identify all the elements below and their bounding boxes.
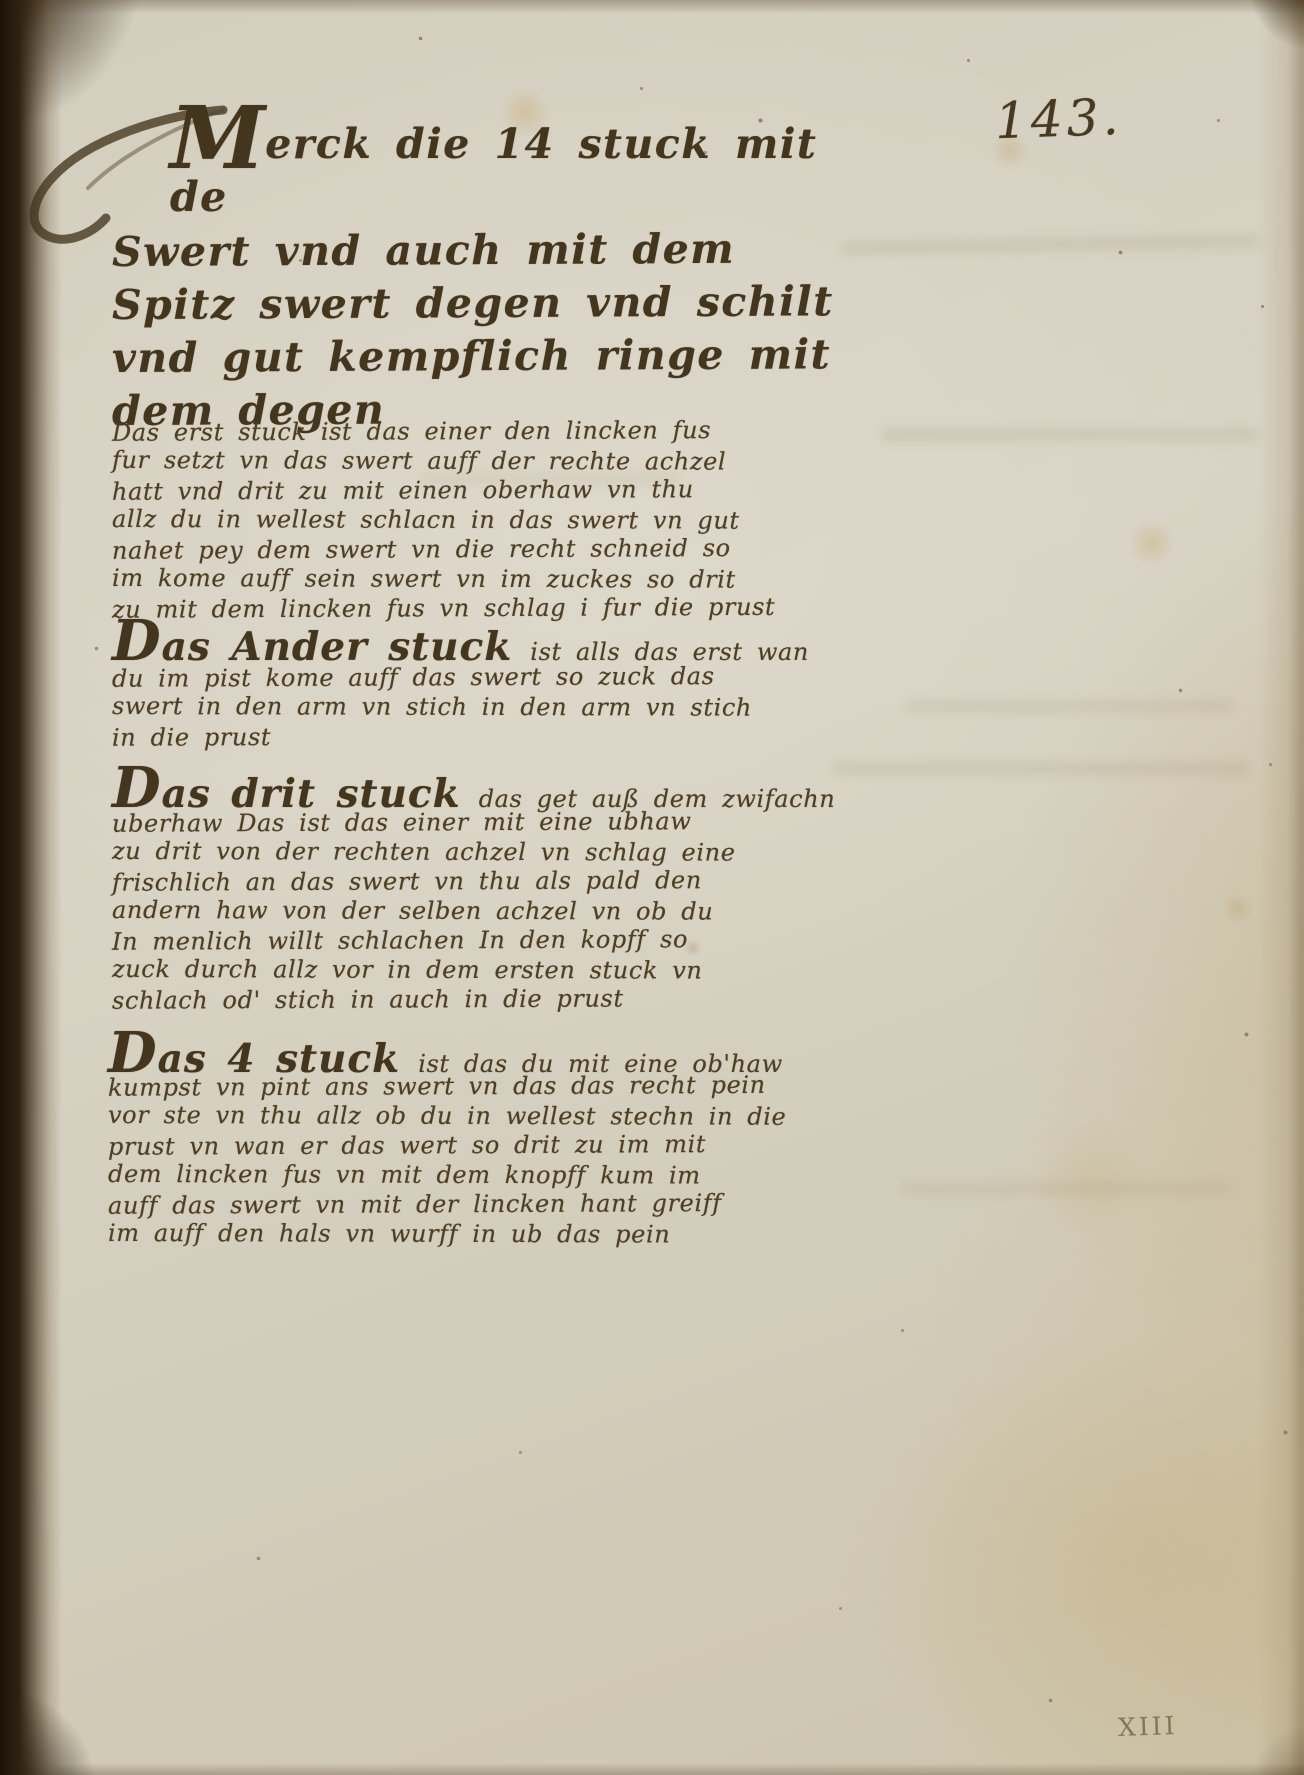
heading-line: Swert vnd auch mit dem [112,222,892,279]
text-line: fur setzt vn das swert auff der rechte a… [112,445,902,477]
text-line: zu drit von der rechten achzel vn schlag… [112,836,902,868]
quire-mark: XIII [1118,1711,1178,1742]
bleed-through-mark [840,234,1260,254]
text-line: dem lincken fus vn mit dem knopff kum im [108,1159,898,1191]
text-line: schlach od' stich in auch in die prust [112,983,902,1016]
text-line: In menlich willt schlachen In den kopff … [112,924,902,957]
text-line: kumpst vn pint ans swert vn das das rech… [108,1070,898,1103]
text-line: prust vn wan er das wert so drit zu im m… [108,1129,898,1162]
section-das-4-stuck: kumpst vn pint ans swert vn das das rech… [108,1072,898,1249]
text-line: vor ste vn thu allz ob du in wellest ste… [108,1100,898,1132]
heading-line-text: erck die 14 stuck mit de [170,120,817,221]
manuscript-page: 143. Merck die 14 stuck mit de Swert vnd… [0,0,1304,1775]
text-line: swert in den arm vn stich in den arm vn … [112,691,902,723]
bleed-through-mark [880,428,1260,441]
text-line: frischlich an das swert vn thu als pald … [112,865,902,898]
text-line: nahet pey dem swert vn die recht schneid… [112,533,902,566]
heading-line: vnd gut kempflich ringe mit [112,328,892,385]
section-das-erst-stuck: Das erst stuck ist das einer den lincken… [112,417,902,624]
text-line: allz du in wellest schlacn in das swert … [112,504,902,536]
text-line: im kome auff sein swert vn im zuckes so … [112,563,902,595]
text-line: andern haw von der selben achzel vn ob d… [112,895,902,927]
text-line: du im pist kome auff das swert so zuck d… [112,661,902,694]
bleed-through-mark [900,1182,1230,1195]
section-das-ander-stuck: du im pist kome auff das swert so zuck d… [112,663,902,752]
binding-edge [0,0,62,1775]
bleed-through-mark [905,700,1235,713]
text-line: Das erst stuck ist das einer den lincken… [112,415,902,448]
chapter-heading: Merck die 14 stuck mit de Swert vnd auch… [112,118,892,436]
text-line: auff das swert vn mit der lincken hant g… [108,1188,898,1221]
foxing-specks [0,0,1,1]
heading-line: Spitz swert degen vnd schilt [112,275,892,332]
text-line: im auff den hals vn wurff in ub das pein [108,1218,898,1250]
folio-number: 143. [994,88,1123,150]
text-line: zuck durch allz vor in dem ersten stuck … [112,954,902,986]
bleed-through-mark [830,762,1250,775]
text-line: in die prust [112,720,902,753]
section-das-drit-stuck: uberhaw Das ist das einer mit eine ubhaw… [112,808,902,1015]
text-line: hatt vnd drit zu mit einen oberhaw vn th… [112,474,902,507]
heading-line: Merck die 14 stuck mit de [112,118,892,224]
text-line: uberhaw Das ist das einer mit eine ubhaw [112,806,902,839]
